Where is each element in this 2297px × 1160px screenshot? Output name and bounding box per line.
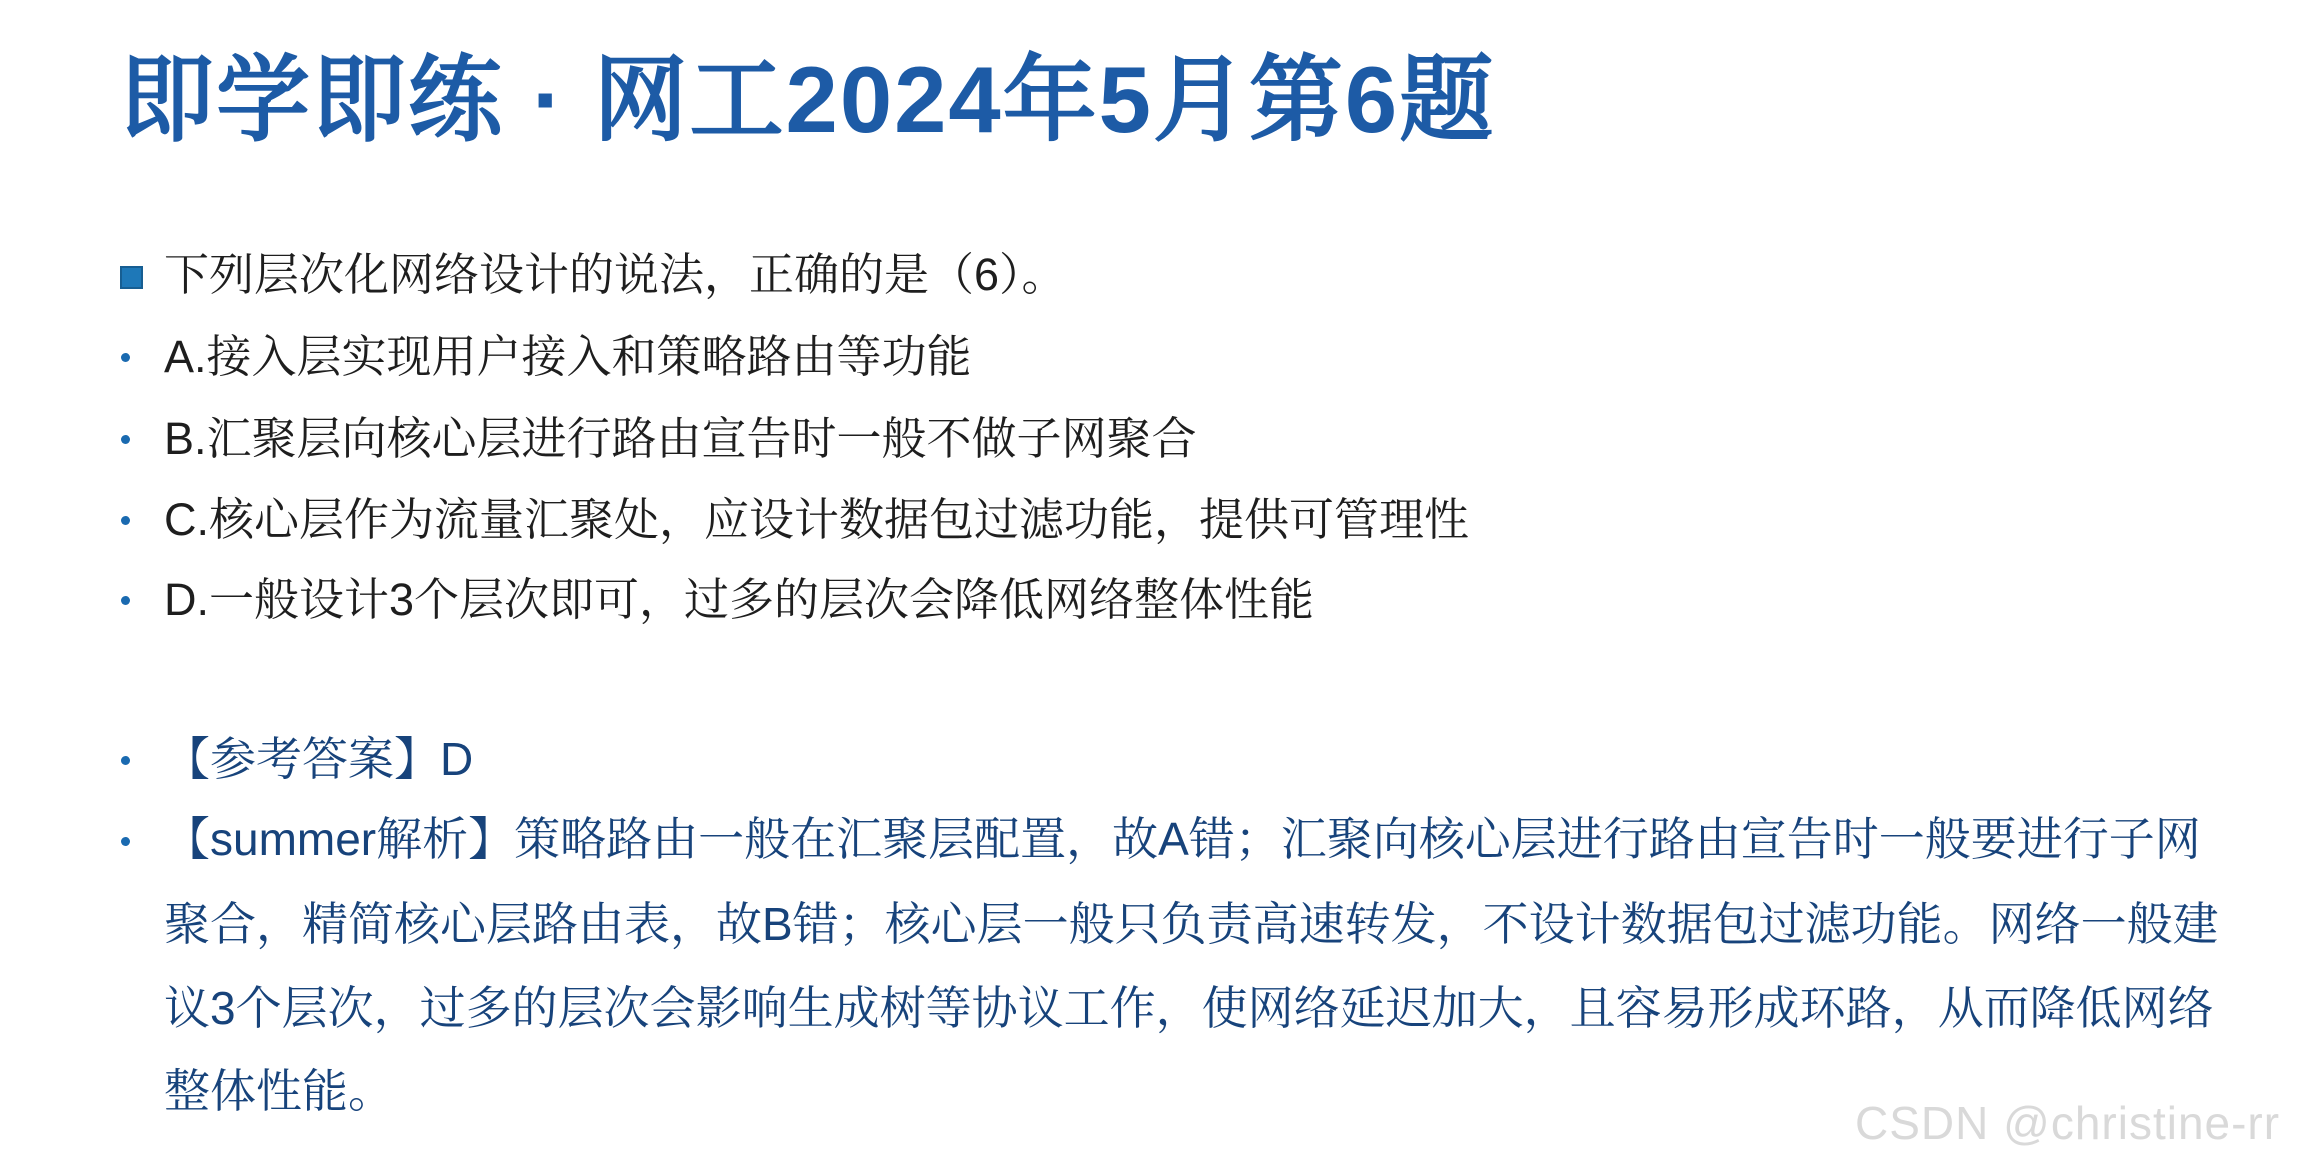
dot-bullet-icon (121, 516, 130, 525)
dot-bullet-icon (121, 756, 130, 765)
analysis-line: 整体性能。 (164, 1061, 394, 1121)
slide: 即学即练 · 网工2024年5月第6题 下列层次化网络设计的说法，正确的是（6）… (0, 0, 2297, 1160)
analysis-line: 议3个层次，过多的层次会影响生成树等协议工作，使网络延迟加大，且容易形成环路，从… (164, 978, 2214, 1038)
question-text: 下列层次化网络设计的说法，正确的是（6）。 (164, 245, 1067, 305)
dot-bullet-icon (121, 596, 130, 605)
option-a-text: A.接入层实现用户接入和策略路由等功能 (164, 327, 972, 387)
dot-bullet-icon (121, 435, 130, 444)
watermark-text: CSDN @christine-rr (1855, 1096, 2280, 1150)
option-b-text: B.汇聚层向核心层进行路由宣告时一般不做子网聚合 (164, 409, 1197, 469)
option-d-text: D.一般设计3个层次即可，过多的层次会降低网络整体性能 (164, 570, 1314, 630)
analysis-line: 聚合，精简核心层路由表，故B错；核心层一般只负责高速转发，不设计数据包过滤功能。… (164, 894, 2219, 954)
page-title: 即学即练 · 网工2024年5月第6题 (120, 48, 1495, 152)
dot-bullet-icon (121, 837, 130, 846)
square-bullet-icon (120, 266, 143, 289)
option-c-text: C.核心层作为流量汇聚处，应设计数据包过滤功能，提供可管理性 (164, 490, 1469, 550)
analysis-line: 【summer解析】策略路由一般在汇聚层配置，故A错；汇聚向核心层进行路由宣告时… (164, 809, 2201, 869)
reference-answer-text: 【参考答案】D (164, 729, 473, 789)
dot-bullet-icon (121, 353, 130, 362)
